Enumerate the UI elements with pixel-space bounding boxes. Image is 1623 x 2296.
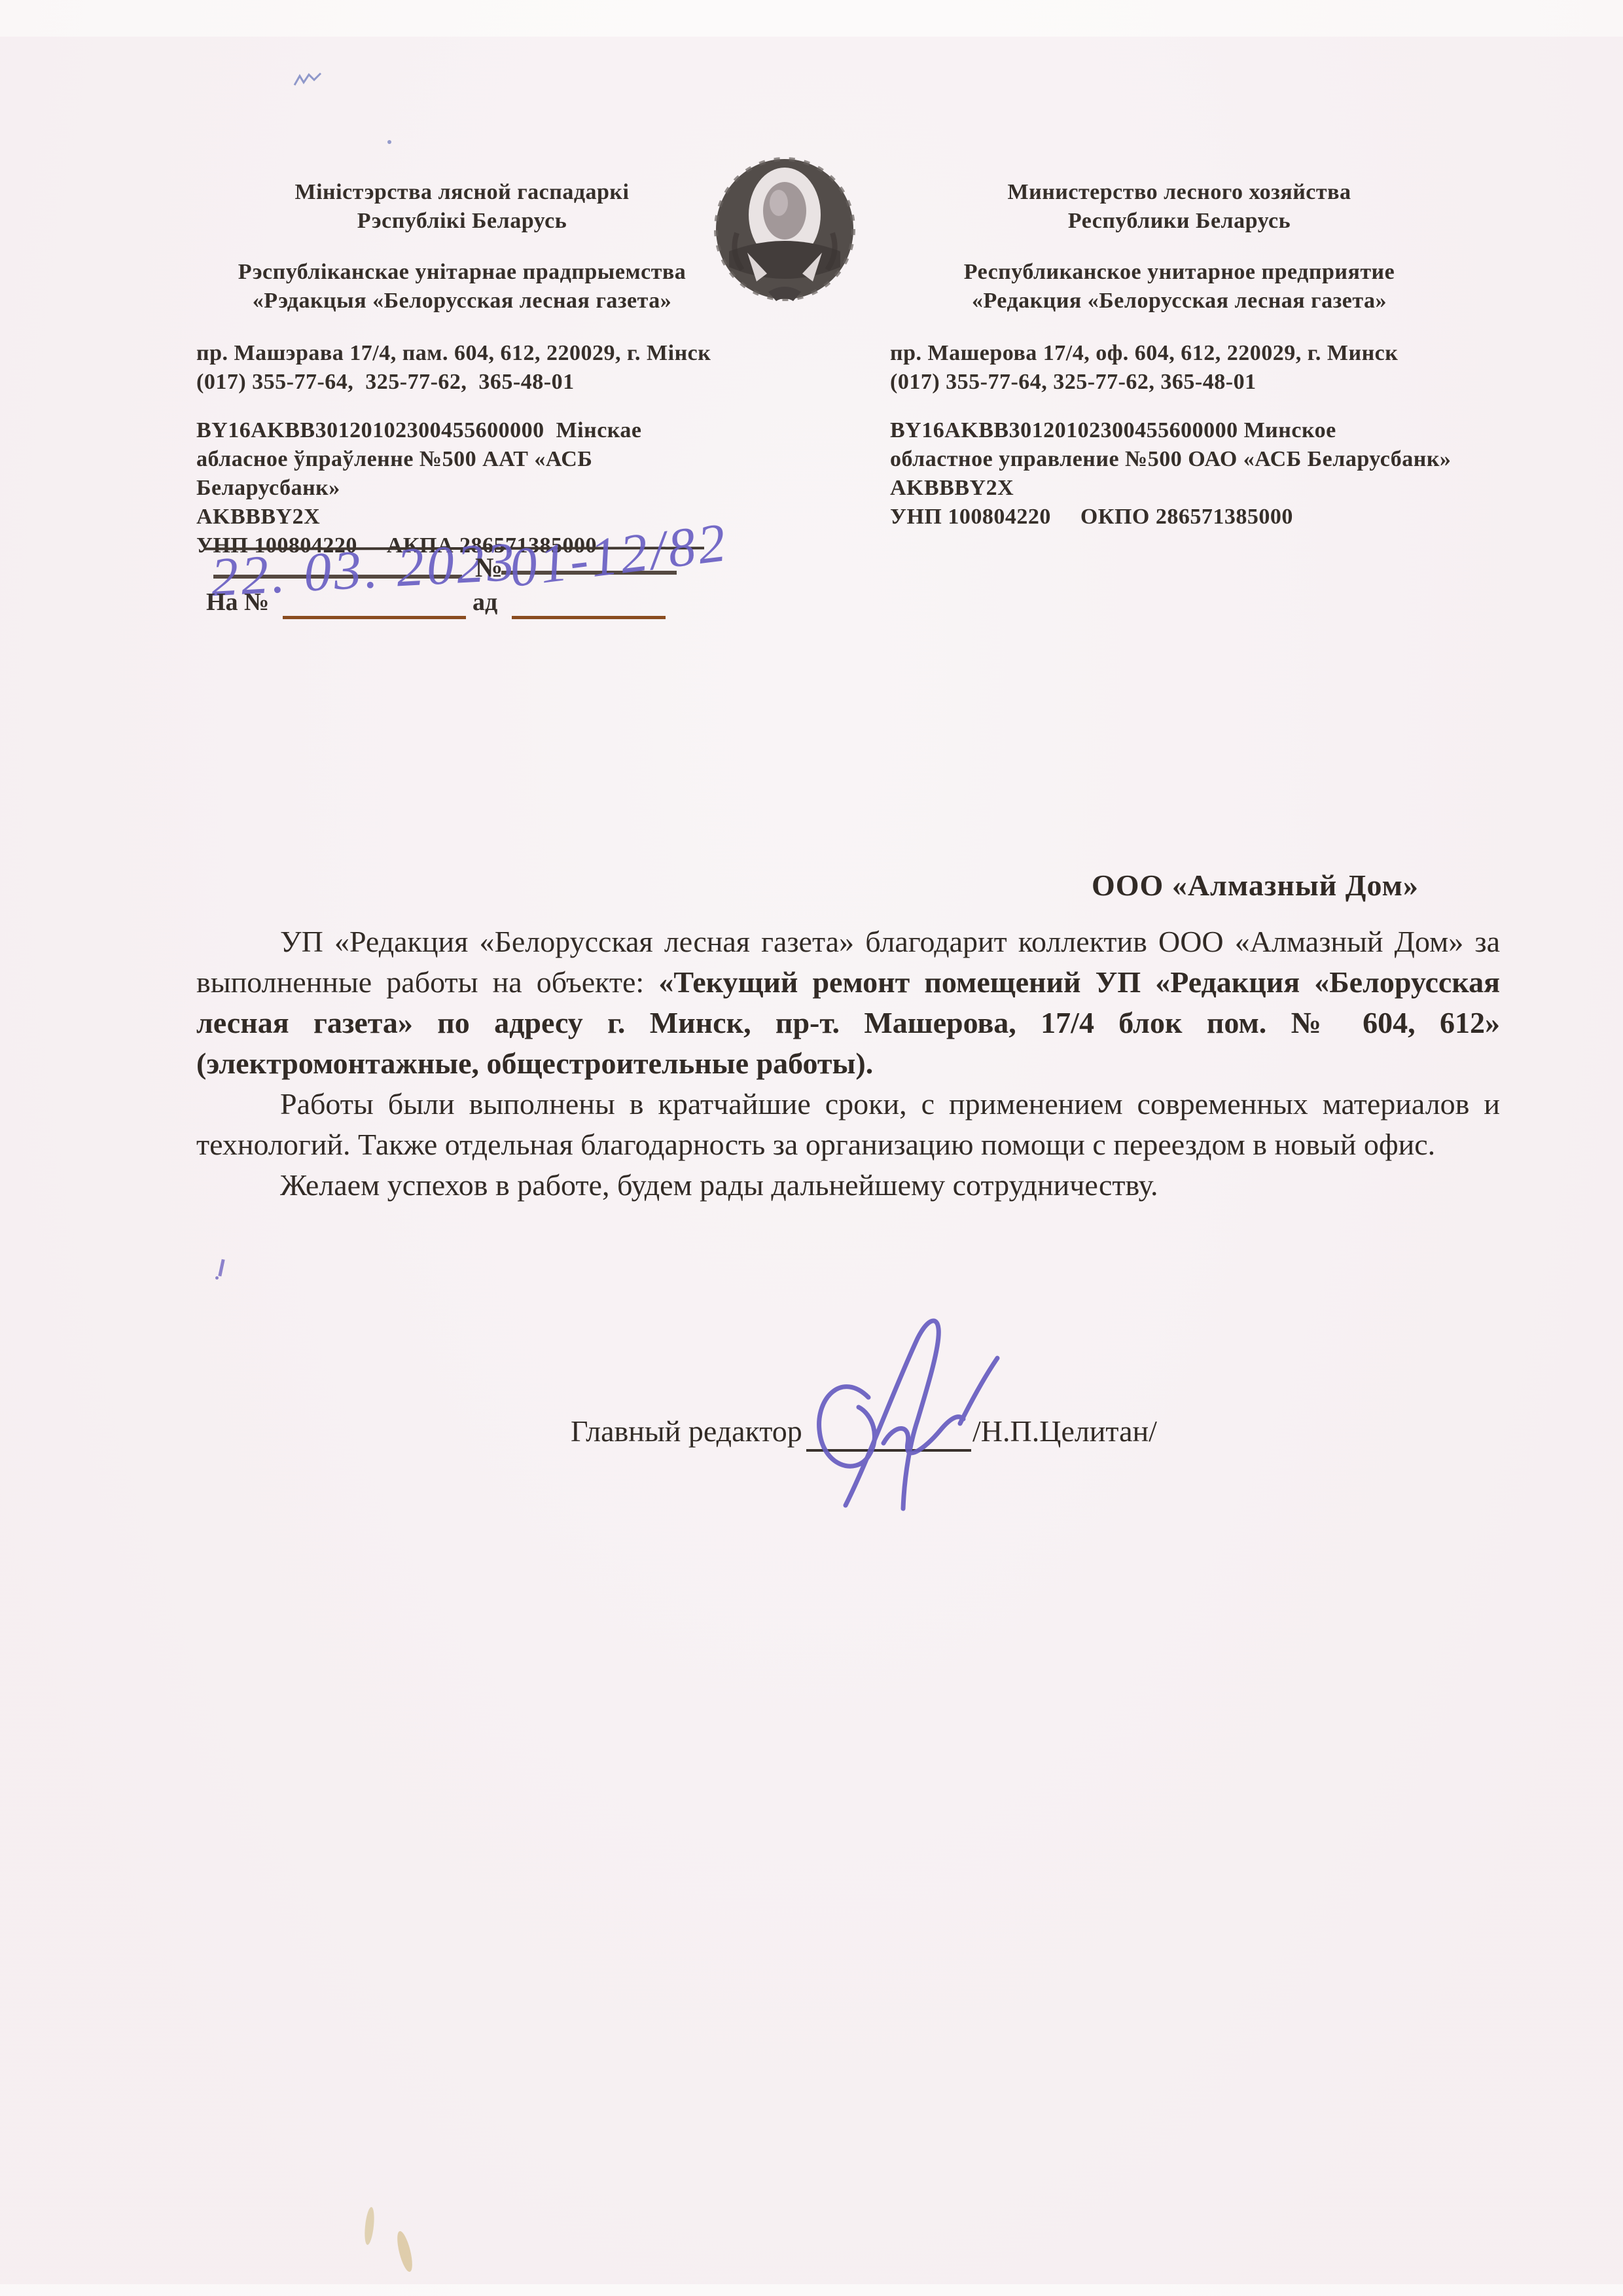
org-line: Рэспубліканскае унітарнае прадпрыемства: [196, 258, 728, 287]
ministry-name-by: Міністэрства лясной гаспадаркі Рэспублік…: [196, 178, 728, 236]
iban-line: BY16AKBB30120102300455600000 Минское: [890, 416, 1469, 445]
phone-line: (017) 355-77-64, 325-77-62, 365-48-01: [196, 368, 728, 397]
contact-info-ru: пр. Машерова 17/4, оф. 604, 612, 220029,…: [890, 339, 1469, 397]
belarus-state-emblem-icon: [711, 154, 859, 305]
organization-name-ru: Республиканское унитарное предприятие «Р…: [890, 258, 1469, 315]
phone-line: (017) 355-77-64, 325-77-62, 365-48-01: [890, 368, 1469, 397]
paper-smudge-artifact: [395, 2230, 416, 2273]
reply-date-blank-line: [512, 616, 666, 619]
ministry-line: Министерство лесного хозяйства: [890, 178, 1469, 207]
contact-info-by: пр. Машэрава 17/4, пам. 604, 612, 220029…: [196, 339, 728, 397]
address-line: пр. Машэрава 17/4, пам. 604, 612, 220029…: [196, 339, 728, 368]
reply-date-label: ад: [473, 588, 497, 617]
ministry-line: Республики Беларусь: [890, 207, 1469, 236]
bank-details-ru: BY16AKBB30120102300455600000 Минское обл…: [890, 416, 1469, 531]
ink-scribble-artifact: [292, 69, 325, 90]
handwritten-signature: [806, 1309, 1003, 1525]
org-line: «Редакция «Белорусская лесная газета»: [890, 287, 1469, 315]
ministry-name-ru: Министерство лесного хозяйства Республик…: [890, 178, 1469, 236]
scanned-letter-page: Міністэрства лясной гаспадаркі Рэспублік…: [0, 0, 1623, 2296]
swift-line: AKBBBY2X: [890, 474, 1469, 503]
number-sign-label: №: [475, 552, 503, 584]
paragraph-wishes: Желаем успехов в работе, будем рады даль…: [196, 1165, 1500, 1206]
organization-name-by: Рэспубліканскае унітарнае прадпрыемства …: [196, 258, 728, 315]
letterhead-left-column: Міністэрства лясной гаспадаркі Рэспублік…: [196, 178, 728, 560]
address-line: пр. Машерова 17/4, оф. 604, 612, 220029,…: [890, 339, 1469, 368]
letter-body: УП «Редакция «Белорусская лесная газета»…: [196, 922, 1500, 1206]
iban-line: BY16AKBB30120102300455600000 Мінскае: [196, 416, 728, 445]
signer-role-label: Главный редактор: [571, 1414, 802, 1448]
scan-edge-top: [0, 0, 1623, 37]
ink-tick-artifact: [218, 1259, 224, 1276]
ink-dot-artifact: [387, 140, 391, 144]
reply-to-number-label: На №: [206, 588, 269, 617]
bank-branch-line: областное управление №500 ОАО «АСБ Белар…: [890, 445, 1469, 474]
recipient-name: ООО «Алмазный Дом»: [1092, 868, 1419, 903]
paper-smudge-artifact: [363, 2206, 376, 2245]
letterhead-right-column: Министерство лесного хозяйства Республик…: [890, 178, 1469, 531]
org-line: «Рэдакцыя «Белорусская лесная газета»: [196, 287, 728, 315]
org-line: Республиканское унитарное предприятие: [890, 258, 1469, 287]
paragraph-thanks: УП «Редакция «Белорусская лесная газета»…: [196, 922, 1500, 1084]
scan-edge-bottom: [0, 2284, 1623, 2296]
paragraph-quality: Работы были выполнены в кратчайшие сроки…: [196, 1084, 1500, 1165]
tax-ids-line: УНП 100804220 ОКПО 286571385000: [890, 503, 1469, 531]
ministry-line: Рэспублікі Беларусь: [196, 207, 728, 236]
ministry-line: Міністэрства лясной гаспадаркі: [196, 178, 728, 207]
ink-tickdot-artifact: [215, 1276, 219, 1280]
reply-number-blank-line: [283, 616, 466, 619]
bank-branch-line: абласное ўпраўленне №500 ААТ «АСБ Белару…: [196, 445, 728, 503]
